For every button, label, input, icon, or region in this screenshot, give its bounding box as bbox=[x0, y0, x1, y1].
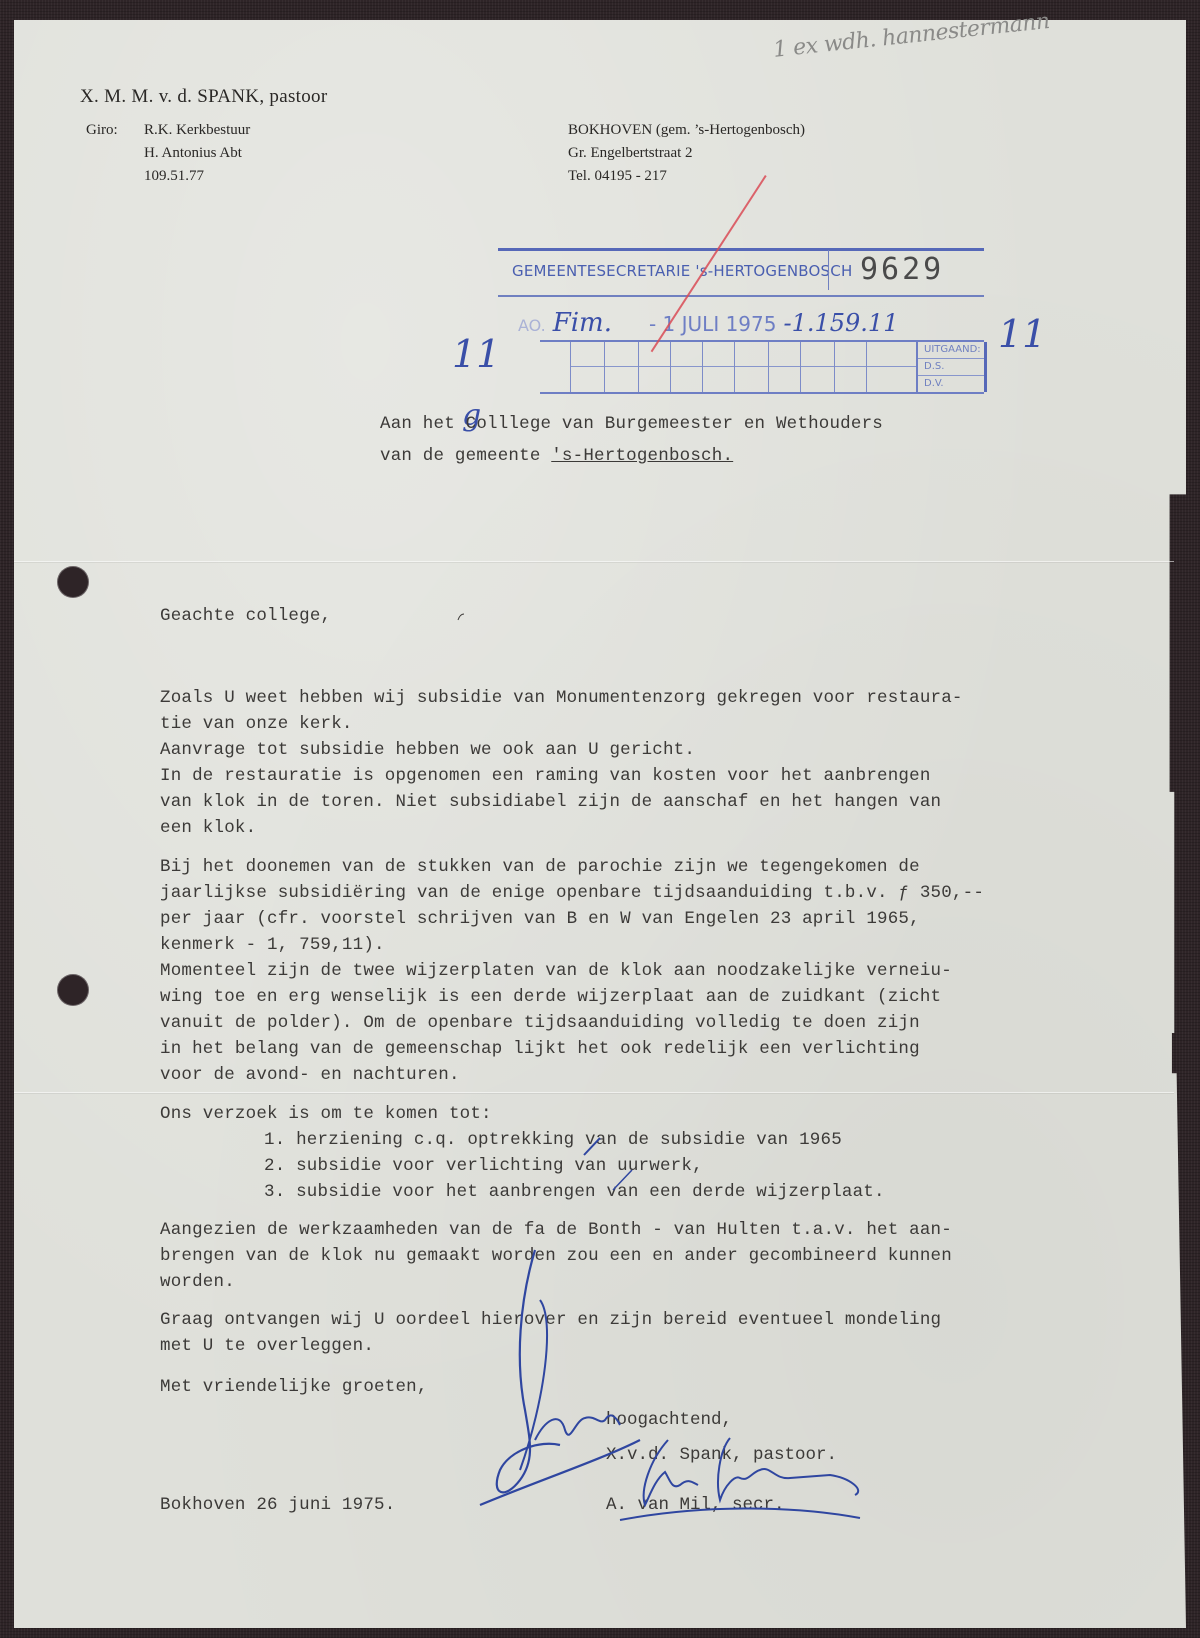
pen-marks bbox=[0, 0, 1200, 1638]
secretary-signature bbox=[620, 1438, 860, 1520]
pastor-signature bbox=[480, 1250, 640, 1505]
